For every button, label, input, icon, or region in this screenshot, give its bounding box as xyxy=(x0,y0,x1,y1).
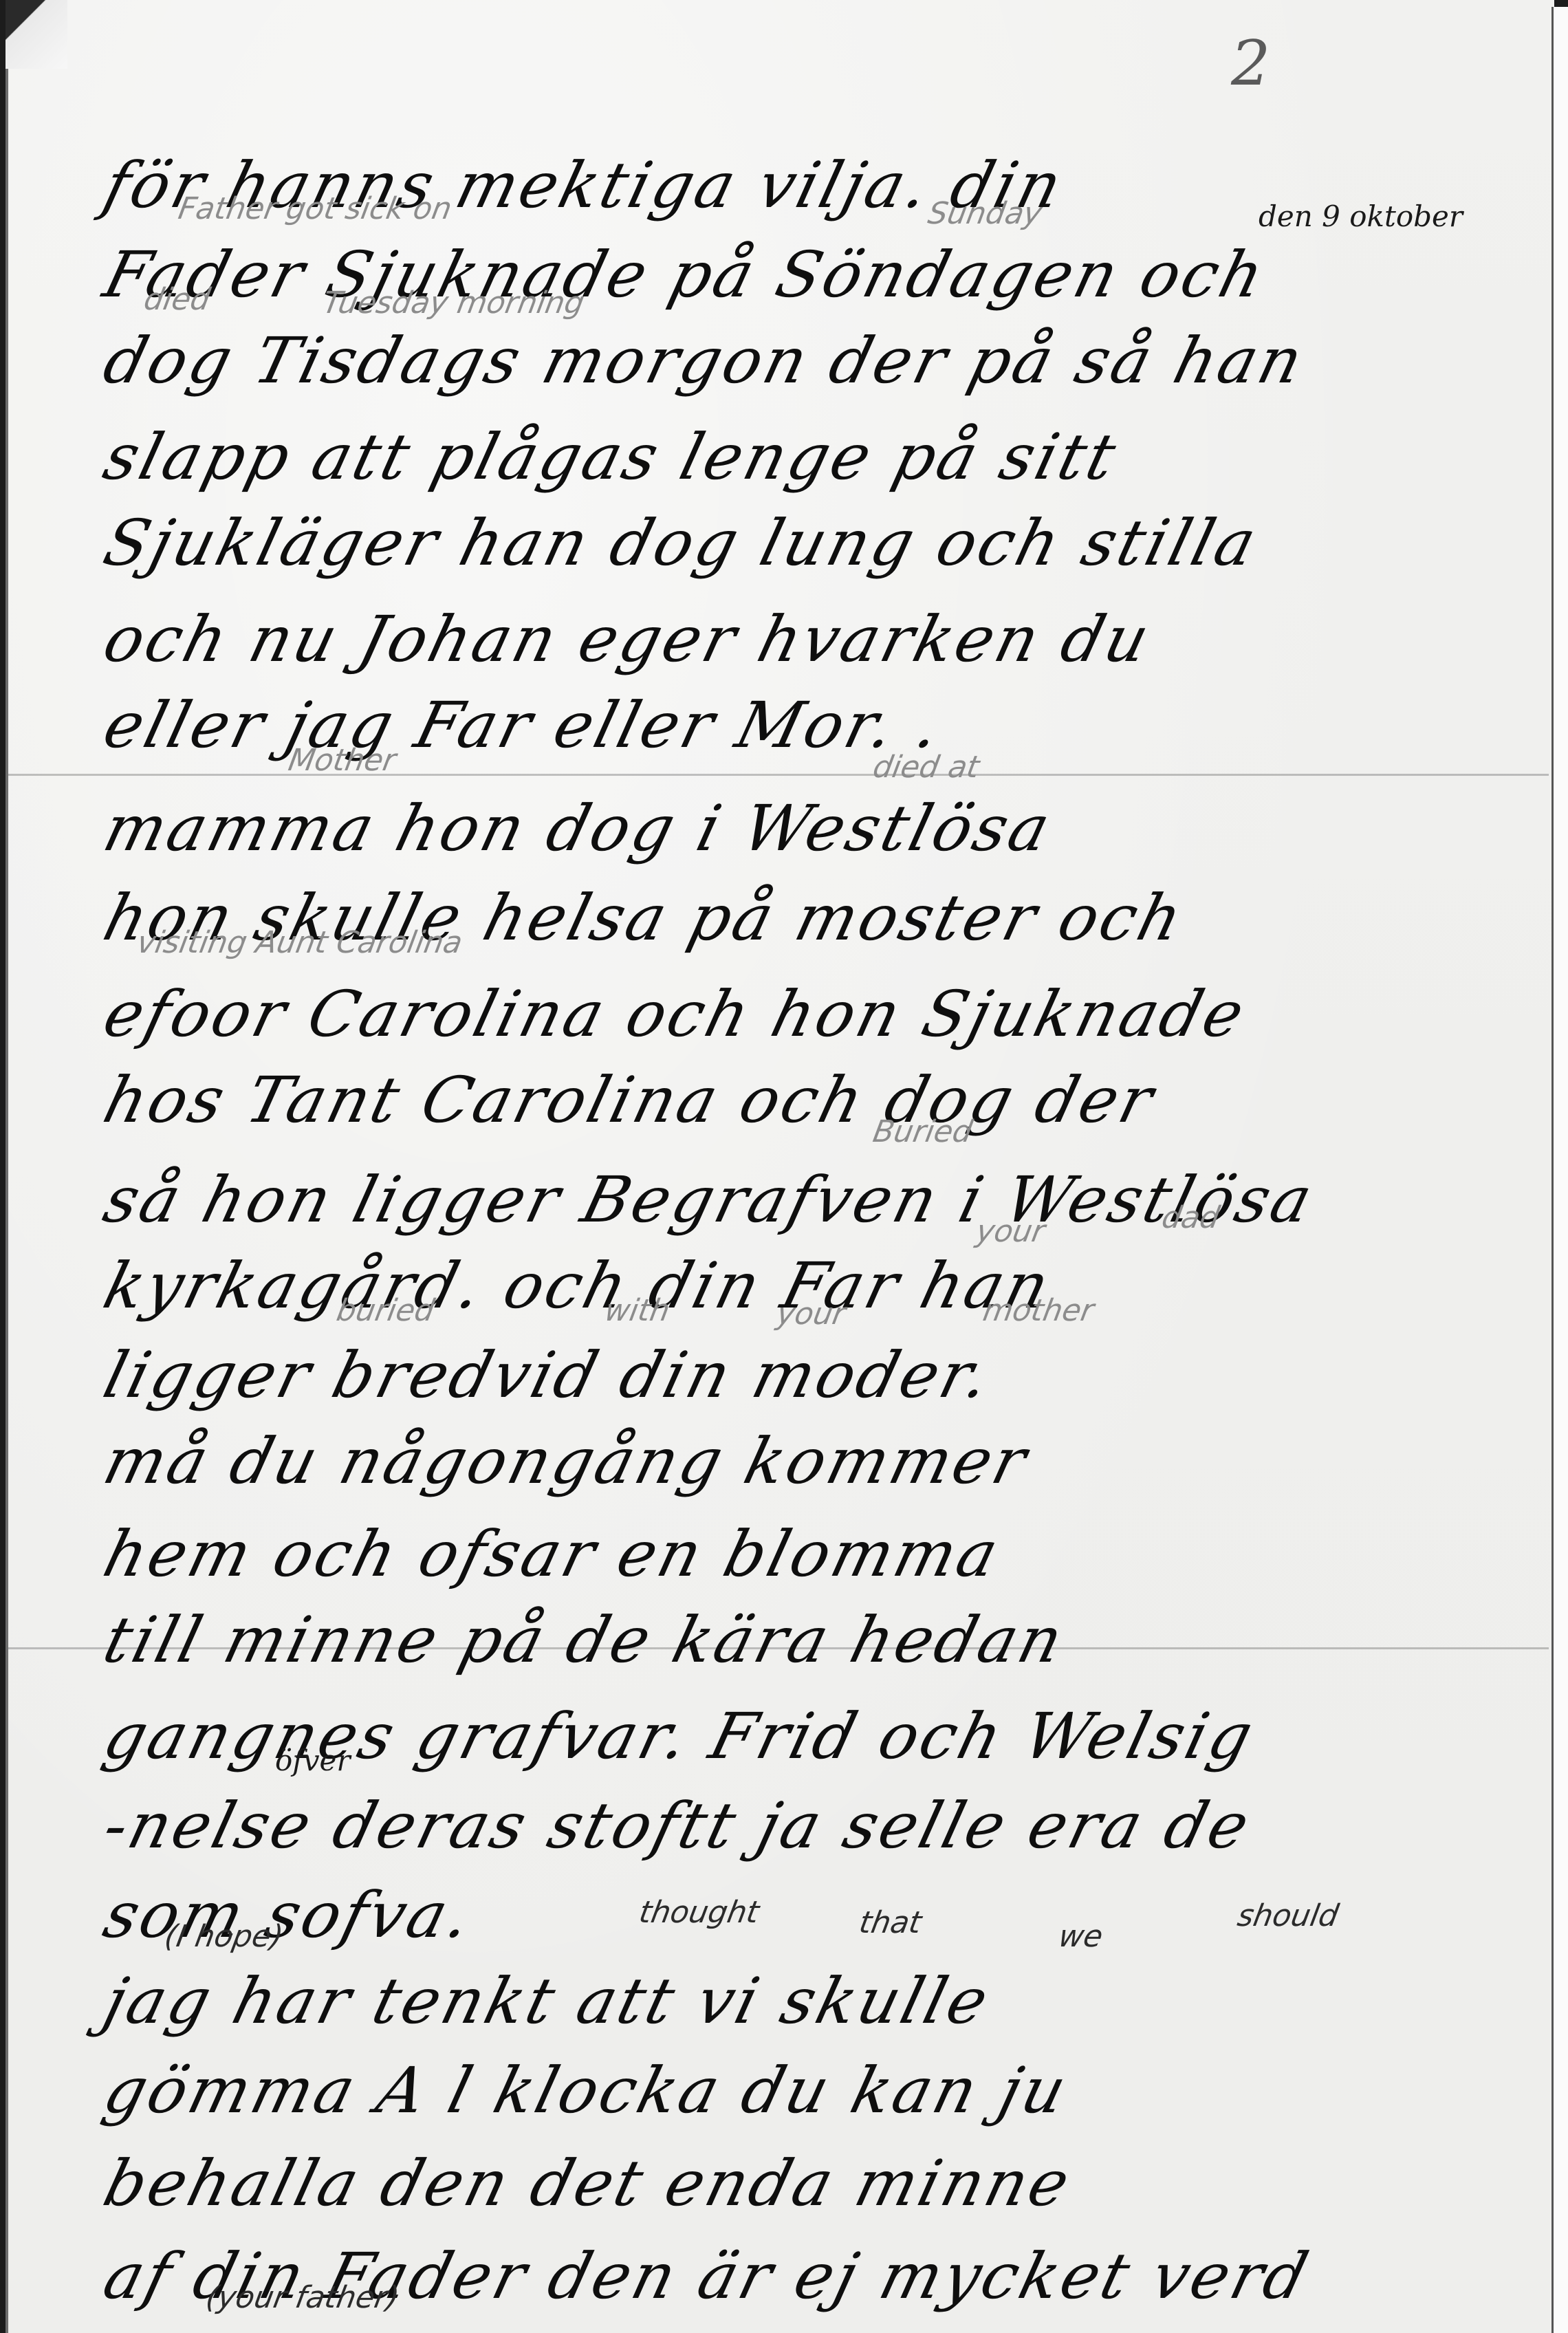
translation-annotation: Tuesday morning xyxy=(320,285,587,321)
translation-annotation: Sunday xyxy=(926,196,1045,231)
translation-annotation: (I hope) xyxy=(162,1919,286,1954)
handwritten-line: Fader Sjuknade på Söndagen och xyxy=(96,237,1559,313)
translation-annotation: Buried xyxy=(871,1114,975,1149)
translation-annotation: buried xyxy=(334,1293,437,1328)
handwritten-line: gömma A l klocka du kan ju xyxy=(96,2053,1559,2129)
handwritten-line: och nu Johan eger hvarken du xyxy=(96,602,1559,677)
translation-annotation: Father got sick on xyxy=(176,191,455,226)
translation-annotation: your xyxy=(774,1296,849,1332)
translation-annotation: (your father) xyxy=(204,2280,402,2315)
translation-annotation: dad xyxy=(1159,1200,1223,1235)
handwritten-line: behalla den det enda minne xyxy=(96,2146,1559,2222)
translation-annotation: Mother xyxy=(286,743,399,778)
translation-annotation: visiting Aunt Carolina xyxy=(135,925,466,960)
handwritten-line: må du någongång kommer xyxy=(96,1424,1559,1499)
translation-annotation: thought xyxy=(637,1895,762,1930)
translation-annotation: died at xyxy=(871,750,982,785)
handwritten-line: -nelse deras stoftt ja selle era de xyxy=(96,1788,1559,1864)
handwritten-line: mamma hon dog i Westlösa xyxy=(96,791,1559,867)
page-number: 2 xyxy=(1231,28,1270,100)
translation-annotation: mother xyxy=(981,1293,1097,1328)
handwritten-line: jag har tenkt att vi skulle xyxy=(96,1964,1559,2039)
handwritten-line: till minne på de kära hedan xyxy=(96,1603,1559,1678)
handwritten-line: hem och ofsar en blomma xyxy=(96,1517,1559,1592)
handwritten-line: dog Tisdags morgon der på så han xyxy=(96,323,1559,399)
handwritten-line: ligger bredvid din moder. xyxy=(96,1338,1559,1413)
handwritten-line: hos Tant Carolina och dog der xyxy=(96,1063,1559,1138)
folded-corner xyxy=(6,0,67,69)
handwritten-line: Sjukläger han dog lung och stilla xyxy=(96,506,1559,581)
translation-annotation: we xyxy=(1056,1919,1106,1954)
translation-annotation: with xyxy=(602,1293,673,1328)
handwritten-line: så hon ligger Begrafven i Westlösa xyxy=(96,1162,1559,1238)
translation-annotation: died xyxy=(142,282,213,317)
translation-annotation: should xyxy=(1235,1898,1342,1933)
handwritten-line: som sofva. xyxy=(96,1878,1559,1953)
handwritten-line: slapp att plågas lenge på sitt xyxy=(96,420,1559,495)
translation-annotation: öfver xyxy=(275,1744,351,1777)
translation-annotation: your xyxy=(974,1214,1048,1249)
translation-annotation: den 9 oktober xyxy=(1259,199,1463,233)
translation-annotation: that xyxy=(857,1905,924,1940)
handwritten-line: efoor Carolina och hon Sjuknade xyxy=(96,977,1559,1052)
fold-crease xyxy=(8,774,1549,776)
